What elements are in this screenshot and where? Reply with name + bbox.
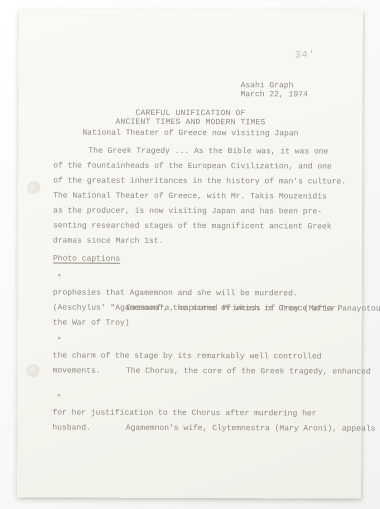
body-line: of the greatest inheritances in the hist… bbox=[53, 174, 353, 190]
body-paragraph: The Greek Tragedy ... As the Bible was, … bbox=[53, 144, 353, 250]
punch-hole-top bbox=[27, 181, 40, 194]
bullet-asterisk: * bbox=[57, 334, 62, 349]
scanned-document-photo: 34' Asahi Graph March 22, 1974 CAREFUL U… bbox=[0, 0, 380, 509]
source-block: Asahi Graph March 22, 1974 bbox=[241, 81, 308, 99]
caption-line: The Chorus, the core of the Greek traged… bbox=[91, 364, 371, 380]
punch-hole-bottom bbox=[27, 364, 40, 377]
publication-name: Asahi Graph bbox=[241, 81, 308, 90]
article-title-line-2: ANCIENT TIMES AND MODERN TIMES bbox=[18, 117, 362, 127]
bullet-asterisk: * bbox=[56, 391, 61, 406]
body-line: senting researched stages of the magnifi… bbox=[53, 219, 353, 235]
bullet-asterisk: * bbox=[57, 271, 62, 286]
paper-sheet: 34' Asahi Graph March 22, 1974 CAREFUL U… bbox=[17, 9, 363, 498]
caption-item: * The Chorus, the core of the Greek trag… bbox=[53, 334, 353, 380]
photo-captions-heading: Photo captions bbox=[53, 255, 120, 265]
publication-date: March 22, 1974 bbox=[241, 90, 308, 99]
article-title: CAREFUL UNIFICATION OF ANCIENT TIMES AND… bbox=[18, 108, 362, 127]
caption-line: Agamemnon's wife, Clytemnestra (Mary Aro… bbox=[91, 421, 376, 437]
body-line: The Greek Tragedy ... As the Bible was, … bbox=[53, 144, 353, 160]
caption-line: for her justification to the Chorus afte… bbox=[52, 406, 352, 422]
body-line: as the producer, is now visiting Japan a… bbox=[53, 204, 353, 220]
body-line: of the fountainheads of the European Civ… bbox=[53, 159, 353, 175]
body-line: dramas since March 1st. bbox=[53, 234, 353, 250]
caption-line: the War of Troy) bbox=[53, 316, 353, 332]
caption-item: * Cassandra, captured Princess of Troy (… bbox=[53, 271, 353, 332]
caption-item: * Agamemnon's wife, Clytemnestra (Mary A… bbox=[52, 391, 352, 437]
pencil-page-number: 34' bbox=[295, 50, 316, 62]
body-line: The National Theater of Greece, with Mr.… bbox=[53, 189, 353, 205]
caption-line: prophesies that Agamemnon and she will b… bbox=[53, 286, 353, 302]
article-subtitle: National Theater of Greece now visiting … bbox=[18, 128, 362, 139]
caption-line: the charm of the stage by its remarkably… bbox=[53, 349, 353, 365]
caption-line: Cassandra, captured Princess of Troy (Ma… bbox=[91, 301, 380, 317]
